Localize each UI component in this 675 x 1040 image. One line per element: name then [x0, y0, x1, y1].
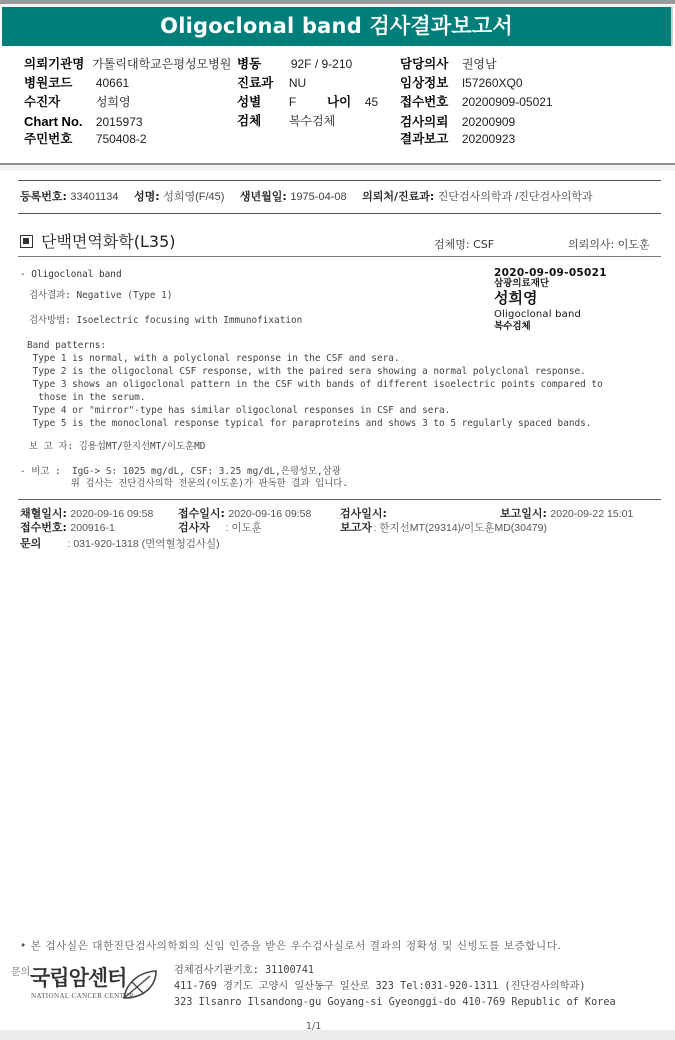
reported-datetime: 보고일시: 2020-09-22 15:01 — [500, 507, 633, 521]
specimen-label-sticker: 2020-09-09-05021 삼광의료재단 성희영 Oligoclonal … — [494, 267, 654, 333]
title-border — [671, 7, 673, 46]
header-report-date: 결과보고 20200923 — [400, 131, 515, 147]
examiner: 검사자 : 이도훈 — [178, 521, 262, 535]
header-specimen: 검체 복수검체 — [237, 113, 335, 129]
sticker-specimen: 복수검체 — [494, 321, 654, 333]
band-pattern-line: those in the serum. — [27, 391, 146, 404]
section-title: 단백면역화학(L35) — [20, 232, 176, 252]
remark-line-2: 위 검사는 진단검사의학 전문의(이도훈)가 판독한 결과 입니다. — [20, 477, 348, 490]
header-shade — [0, 165, 675, 171]
national-cancer-center-logo: 국립암센터 NATIONAL CANCER CENTER — [30, 966, 134, 1000]
section-rule — [18, 256, 661, 257]
section-specimen: 검체명: CSF — [434, 238, 494, 252]
bottom-bar — [0, 1030, 675, 1040]
header-patient: 수진자 성희영 — [24, 94, 131, 110]
header-resident-no: 주민번호 750408-2 — [24, 131, 147, 147]
sticker-test: Oligoclonal band — [494, 308, 654, 321]
registration-top-rule — [18, 180, 661, 181]
footer-rule — [18, 499, 661, 500]
header-request-date: 검사의뢰 20200909 — [400, 114, 515, 130]
section-physician: 의뢰의사: 이도훈 — [568, 238, 650, 252]
registration-row: 등록번호: 33401134 성명: 성희영(F/45) 생년월일: 1975-… — [20, 189, 605, 205]
header-chart-no: Chart No. 2015973 — [24, 114, 143, 130]
band-pattern-line: Type 1 is normal, with a polyclonal resp… — [27, 352, 400, 365]
header-clinical-info: 임상정보 I57260XQ0 — [400, 75, 523, 91]
test-method: 검사방법: Isoelectric focusing with Immunofi… — [29, 314, 302, 327]
receipt-number: 접수번호: 200916-1 — [20, 521, 115, 535]
inquiry: 문의 : 031-920-1318 (면역혈청검사실) — [20, 537, 220, 551]
header-age: 나이 45 — [327, 94, 378, 110]
square-bullet-icon — [20, 235, 33, 248]
header-ward: 병동 92F / 9-210 — [237, 56, 352, 72]
header-department: 진료과 NU — [237, 75, 306, 91]
band-pattern-line: Type 4 or "mirror"-type has similar olig… — [27, 404, 450, 417]
test-result: 검사결과: Negative (Type 1) — [29, 289, 172, 302]
header-sex: 성별 F — [237, 94, 296, 110]
collected-datetime: 채혈일시: 2020-09-16 09:58 — [20, 507, 153, 521]
header-doctor: 담당의사 권영남 — [400, 56, 497, 72]
band-pattern-line: Type 3 shows an oligoclonal pattern in t… — [27, 378, 603, 391]
report-title: Oligoclonal band 검사결과보고서 — [2, 7, 671, 46]
header-hospital-code: 병원코드 40661 — [24, 75, 129, 91]
received-datetime: 접수일시: 2020-09-16 09:58 — [178, 507, 311, 521]
bottom-inquiry-label: 문의 — [11, 963, 30, 978]
test-name: - Oligoclonal band — [20, 268, 122, 281]
header-hospital-name: 의뢰기관명 가톨릭대학교은평성모병원 — [24, 56, 231, 72]
leaf-logo-icon — [120, 968, 160, 1002]
header-accession: 접수번호 20200909-05021 — [400, 94, 553, 110]
tested-datetime: 검사일시: — [340, 507, 387, 521]
reporters: 보 고 자: 김용섭MT/한지선MT/이도훈MD — [29, 440, 205, 453]
sticker-patient: 성희영 — [494, 289, 654, 308]
registration-bottom-rule — [18, 213, 661, 214]
lab-code: 검체검사기관기호: 31100741 — [174, 964, 314, 977]
address-english: 323 Ilsanro Ilsandong-gu Goyang-si Gyeon… — [174, 996, 616, 1009]
certification-note: • 본 검사실은 대한진단검사의학회의 신임 인증을 받은 우수검사실로서 결과… — [20, 938, 561, 953]
band-patterns-header: Band patterns: — [27, 339, 106, 352]
band-pattern-line: Type 5 is the monoclonal response typica… — [27, 417, 591, 430]
sticker-org: 삼광의료재단 — [494, 279, 654, 289]
band-pattern-line: Type 2 is the oligoclonal CSF response, … — [27, 365, 586, 378]
address-korean: 411-769 경기도 고양시 일산동구 일산로 323 Tel:031-920… — [174, 980, 586, 993]
reporter: 보고자 : 한지선MT(29314)/이도훈MD(30479) — [340, 521, 547, 535]
